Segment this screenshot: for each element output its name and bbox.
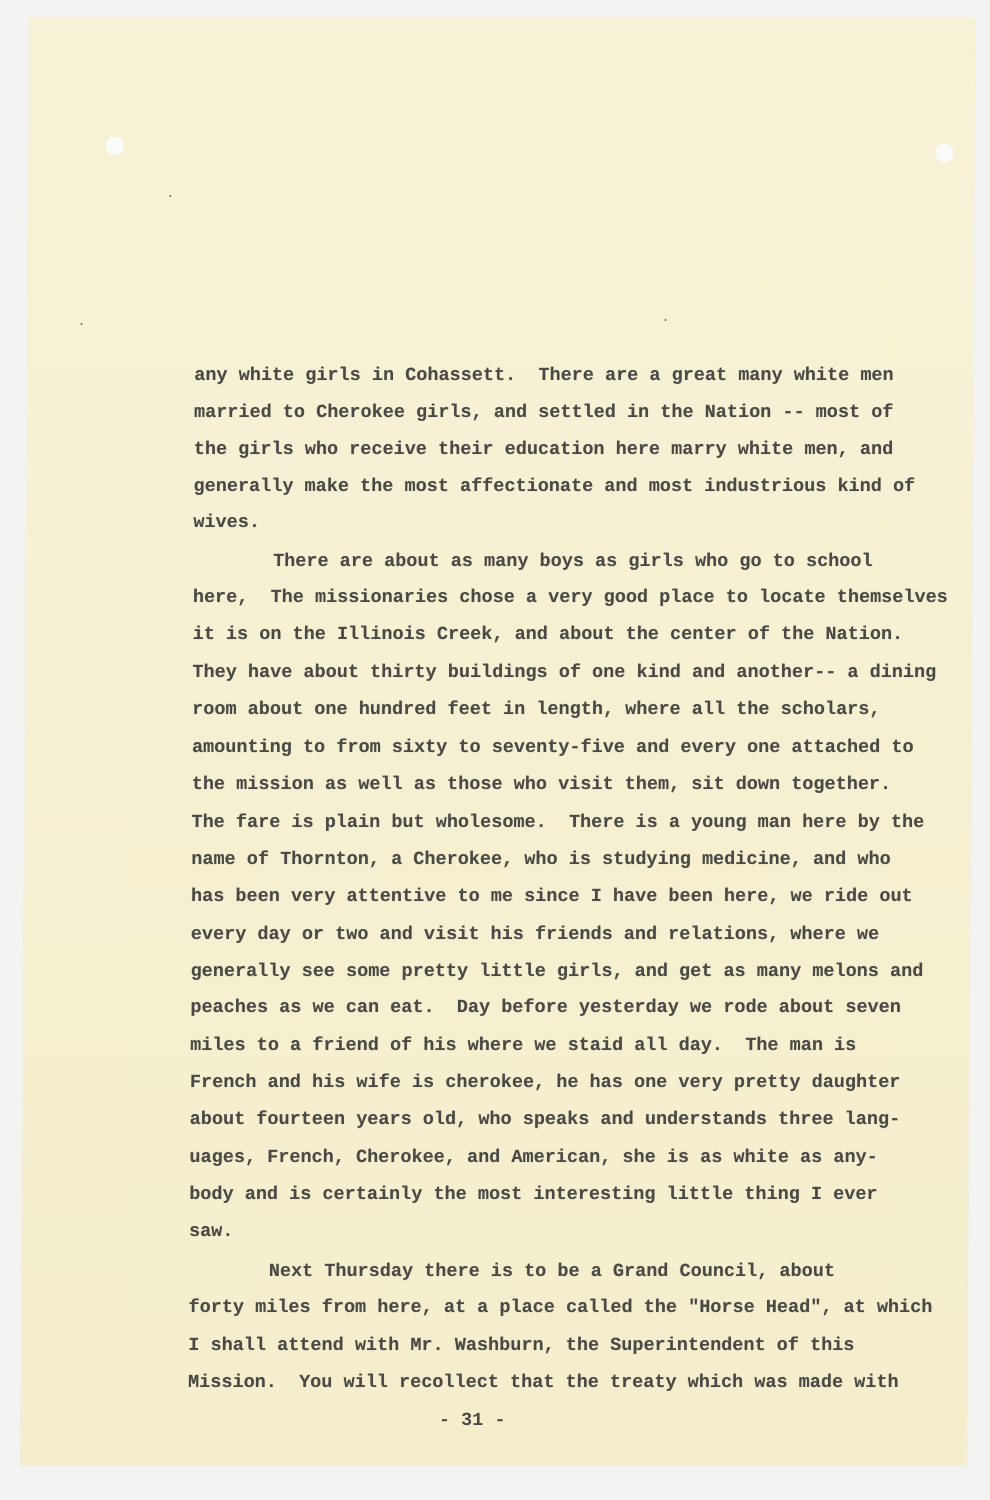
- text-line: the mission as well as those who visit t…: [192, 774, 892, 796]
- page-number: - 31 -: [439, 1410, 506, 1432]
- punch-hole-right: [936, 144, 954, 162]
- text-line: They have about thirty buildings of one …: [192, 662, 936, 684]
- text-line: uages, French, Cherokee, and American, s…: [189, 1147, 877, 1169]
- text-line: saw.: [189, 1221, 234, 1243]
- text-line: name of Thornton, a Cherokee, who is stu…: [191, 849, 891, 871]
- text-line: about fourteen years old, who speaks and…: [190, 1109, 901, 1131]
- text-line: generally make the most affectionate and…: [193, 476, 915, 498]
- text-line: Mission. You will recollect that the tre…: [188, 1372, 899, 1394]
- text-line: forty miles from here, at a place called…: [188, 1297, 932, 1319]
- text-line: French and his wife is cherokee, he has …: [190, 1072, 901, 1094]
- document-page: any white girls in Cohassett. There are …: [21, 18, 976, 1466]
- text-line: here, The missionaries chose a very good…: [193, 587, 948, 609]
- text-line-indented: There are about as many boys as girls wh…: [273, 551, 873, 573]
- text-line: wives.: [193, 512, 260, 534]
- text-line: the girls who receive their education he…: [194, 439, 894, 461]
- text-line: it is on the Illinois Creek, and about t…: [193, 624, 904, 646]
- text-line: generally see some pretty little girls, …: [191, 961, 924, 983]
- text-line: every day or two and visit his friends a…: [191, 924, 879, 946]
- text-line: I shall attend with Mr. Washburn, the Su…: [188, 1335, 854, 1357]
- text-line: amounting to from sixty to seventy-five …: [192, 737, 914, 759]
- text-line: married to Cherokee girls, and settled i…: [194, 402, 894, 424]
- text-line: body and is certainly the most interesti…: [189, 1184, 877, 1206]
- text-line: The fare is plain but wholesome. There i…: [191, 812, 924, 834]
- text-line-indented: Next Thursday there is to be a Grand Cou…: [269, 1261, 835, 1283]
- text-line: peaches as we can eat. Day before yester…: [190, 997, 901, 1019]
- text-line: any white girls in Cohassett. There are …: [194, 365, 894, 387]
- paper-speck: [665, 319, 667, 321]
- paper-speck: [169, 195, 171, 197]
- punch-hole-left: [106, 137, 124, 155]
- text-line: miles to a friend of his where we staid …: [190, 1035, 856, 1057]
- text-line: room about one hundred feet in length, w…: [192, 699, 880, 721]
- paper-speck: [81, 323, 83, 325]
- text-line: has been very attentive to me since I ha…: [191, 886, 913, 908]
